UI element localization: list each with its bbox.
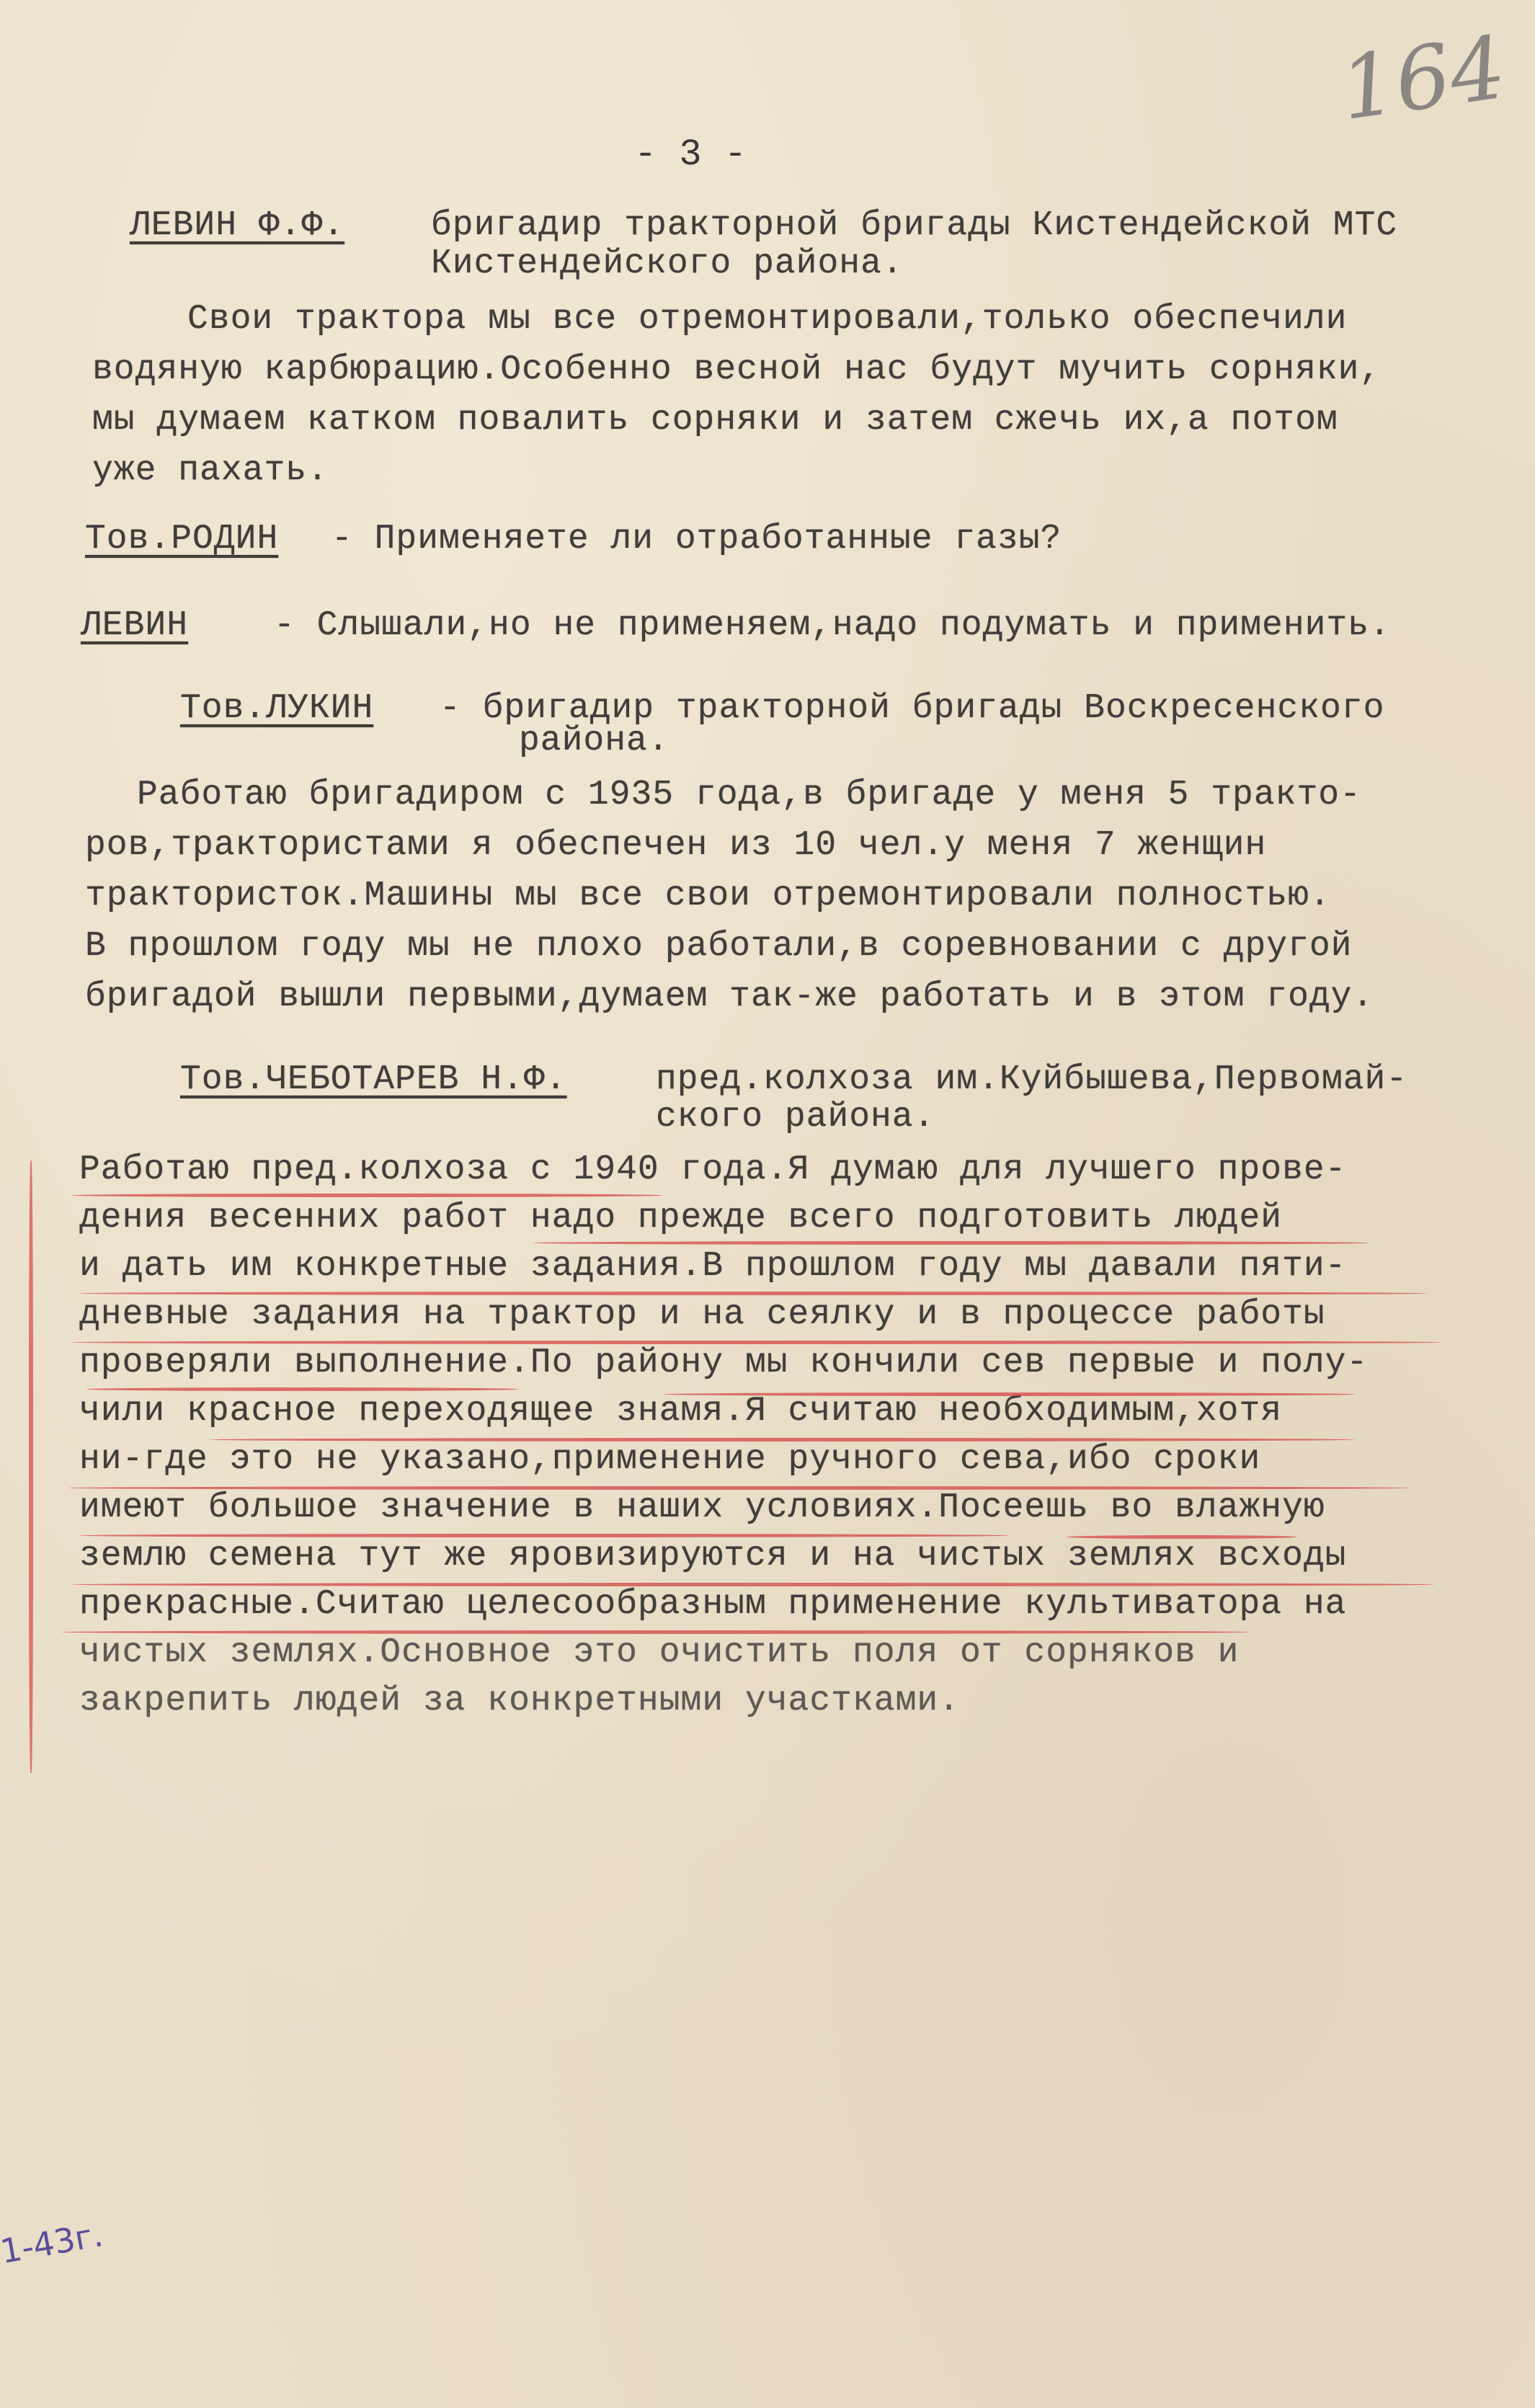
document-page: 164 - 3 - ЛЕВИН Ф.Ф. бригадир тракторной…	[0, 0, 1535, 2408]
speaker-rodin: Тов.РОДИН	[85, 519, 278, 559]
body-line: мы думаем катком повалить сорняки и зате…	[92, 400, 1338, 440]
body-line: проверяли выполнение.По району мы кончил…	[79, 1343, 1368, 1383]
body-line: бригадой вышли первыми,думаем так-же раб…	[85, 977, 1374, 1017]
red-pencil-underline	[663, 1392, 1355, 1396]
body-line: чистых землях.Основное это очистить поля…	[79, 1632, 1239, 1673]
body-line: чили красное переходящее знамя.Я считаю …	[79, 1391, 1282, 1431]
role-line: бригадир тракторной бригады Кистендейско…	[431, 205, 1397, 246]
typed-page-number: - 3 -	[634, 133, 747, 176]
margin-ink-note: 1-43г.	[0, 2215, 106, 2271]
red-pencil-underline	[72, 1583, 1434, 1586]
red-pencil-underline	[61, 1630, 1250, 1634]
red-pencil-underline	[72, 1194, 663, 1197]
body-line: Свои трактора мы все отремонтировали,тол…	[187, 299, 1347, 339]
red-pencil-underline	[209, 1438, 1355, 1441]
speaker-levin-ff: ЛЕВИН Ф.Ф.	[130, 205, 344, 246]
body-line: ров,трактористами я обеспечен из 10 чел.…	[85, 825, 1266, 866]
body-line: землю семена тут же яровизируются и на ч…	[79, 1536, 1346, 1576]
body-line: прекрасные.Считаю целесообразным примене…	[79, 1584, 1346, 1625]
role-line: района.	[519, 721, 669, 761]
red-pencil-underline	[86, 1387, 519, 1391]
speaker-levin: ЛЕВИН	[81, 605, 188, 646]
role-line: ского района.	[656, 1097, 935, 1137]
role-line: пред.колхоза им.Куйбышева,Первомай-	[656, 1059, 1407, 1100]
reply-line: - Слышали,но не применяем,надо подумать …	[274, 605, 1391, 646]
body-line: Работаю бригадиром с 1935 года,в бригаде…	[137, 775, 1361, 815]
speaker-lukin: Тов.ЛУКИН	[180, 688, 373, 729]
question-line: - Применяете ли отработанные газы?	[332, 519, 1062, 559]
body-line: и дать им конкретные задания.В прошлом г…	[79, 1246, 1346, 1287]
archive-page-number: 164	[1334, 18, 1511, 141]
body-line: трактористок.Машины мы все свои отремонт…	[85, 876, 1331, 916]
body-line: имеют большое значение в наших условиях.…	[79, 1488, 1325, 1528]
body-line: водяную карбюрацию.Особенно весной нас б…	[92, 350, 1381, 390]
body-line: ни-где это не указано,применение ручного…	[79, 1439, 1260, 1480]
body-line: закрепить людей за конкретными участками…	[79, 1681, 960, 1721]
red-pencil-underline	[1067, 1535, 1297, 1539]
body-line: В прошлом году мы не плохо работали,в со…	[85, 926, 1352, 967]
body-line: Работаю пред.колхоза с 1940 года.Я думаю…	[79, 1150, 1346, 1190]
red-pencil-underline	[533, 1241, 1369, 1245]
red-pencil-underline	[79, 1292, 1427, 1295]
speaker-chebotarev: Тов.ЧЕБОТАРЕВ Н.Ф.	[180, 1059, 566, 1100]
body-line: уже пахать.	[92, 450, 329, 491]
red-pencil-underline	[79, 1534, 1009, 1537]
red-pencil-underline	[72, 1341, 1441, 1344]
body-line: дневные задания на трактор и на сеялку и…	[79, 1294, 1325, 1335]
role-line: Кистендейского района.	[431, 244, 904, 284]
body-line: дения весенних работ надо прежде всего п…	[79, 1198, 1282, 1238]
red-pencil-underline	[68, 1486, 1409, 1490]
red-pencil-margin-mark	[29, 1160, 33, 1773]
